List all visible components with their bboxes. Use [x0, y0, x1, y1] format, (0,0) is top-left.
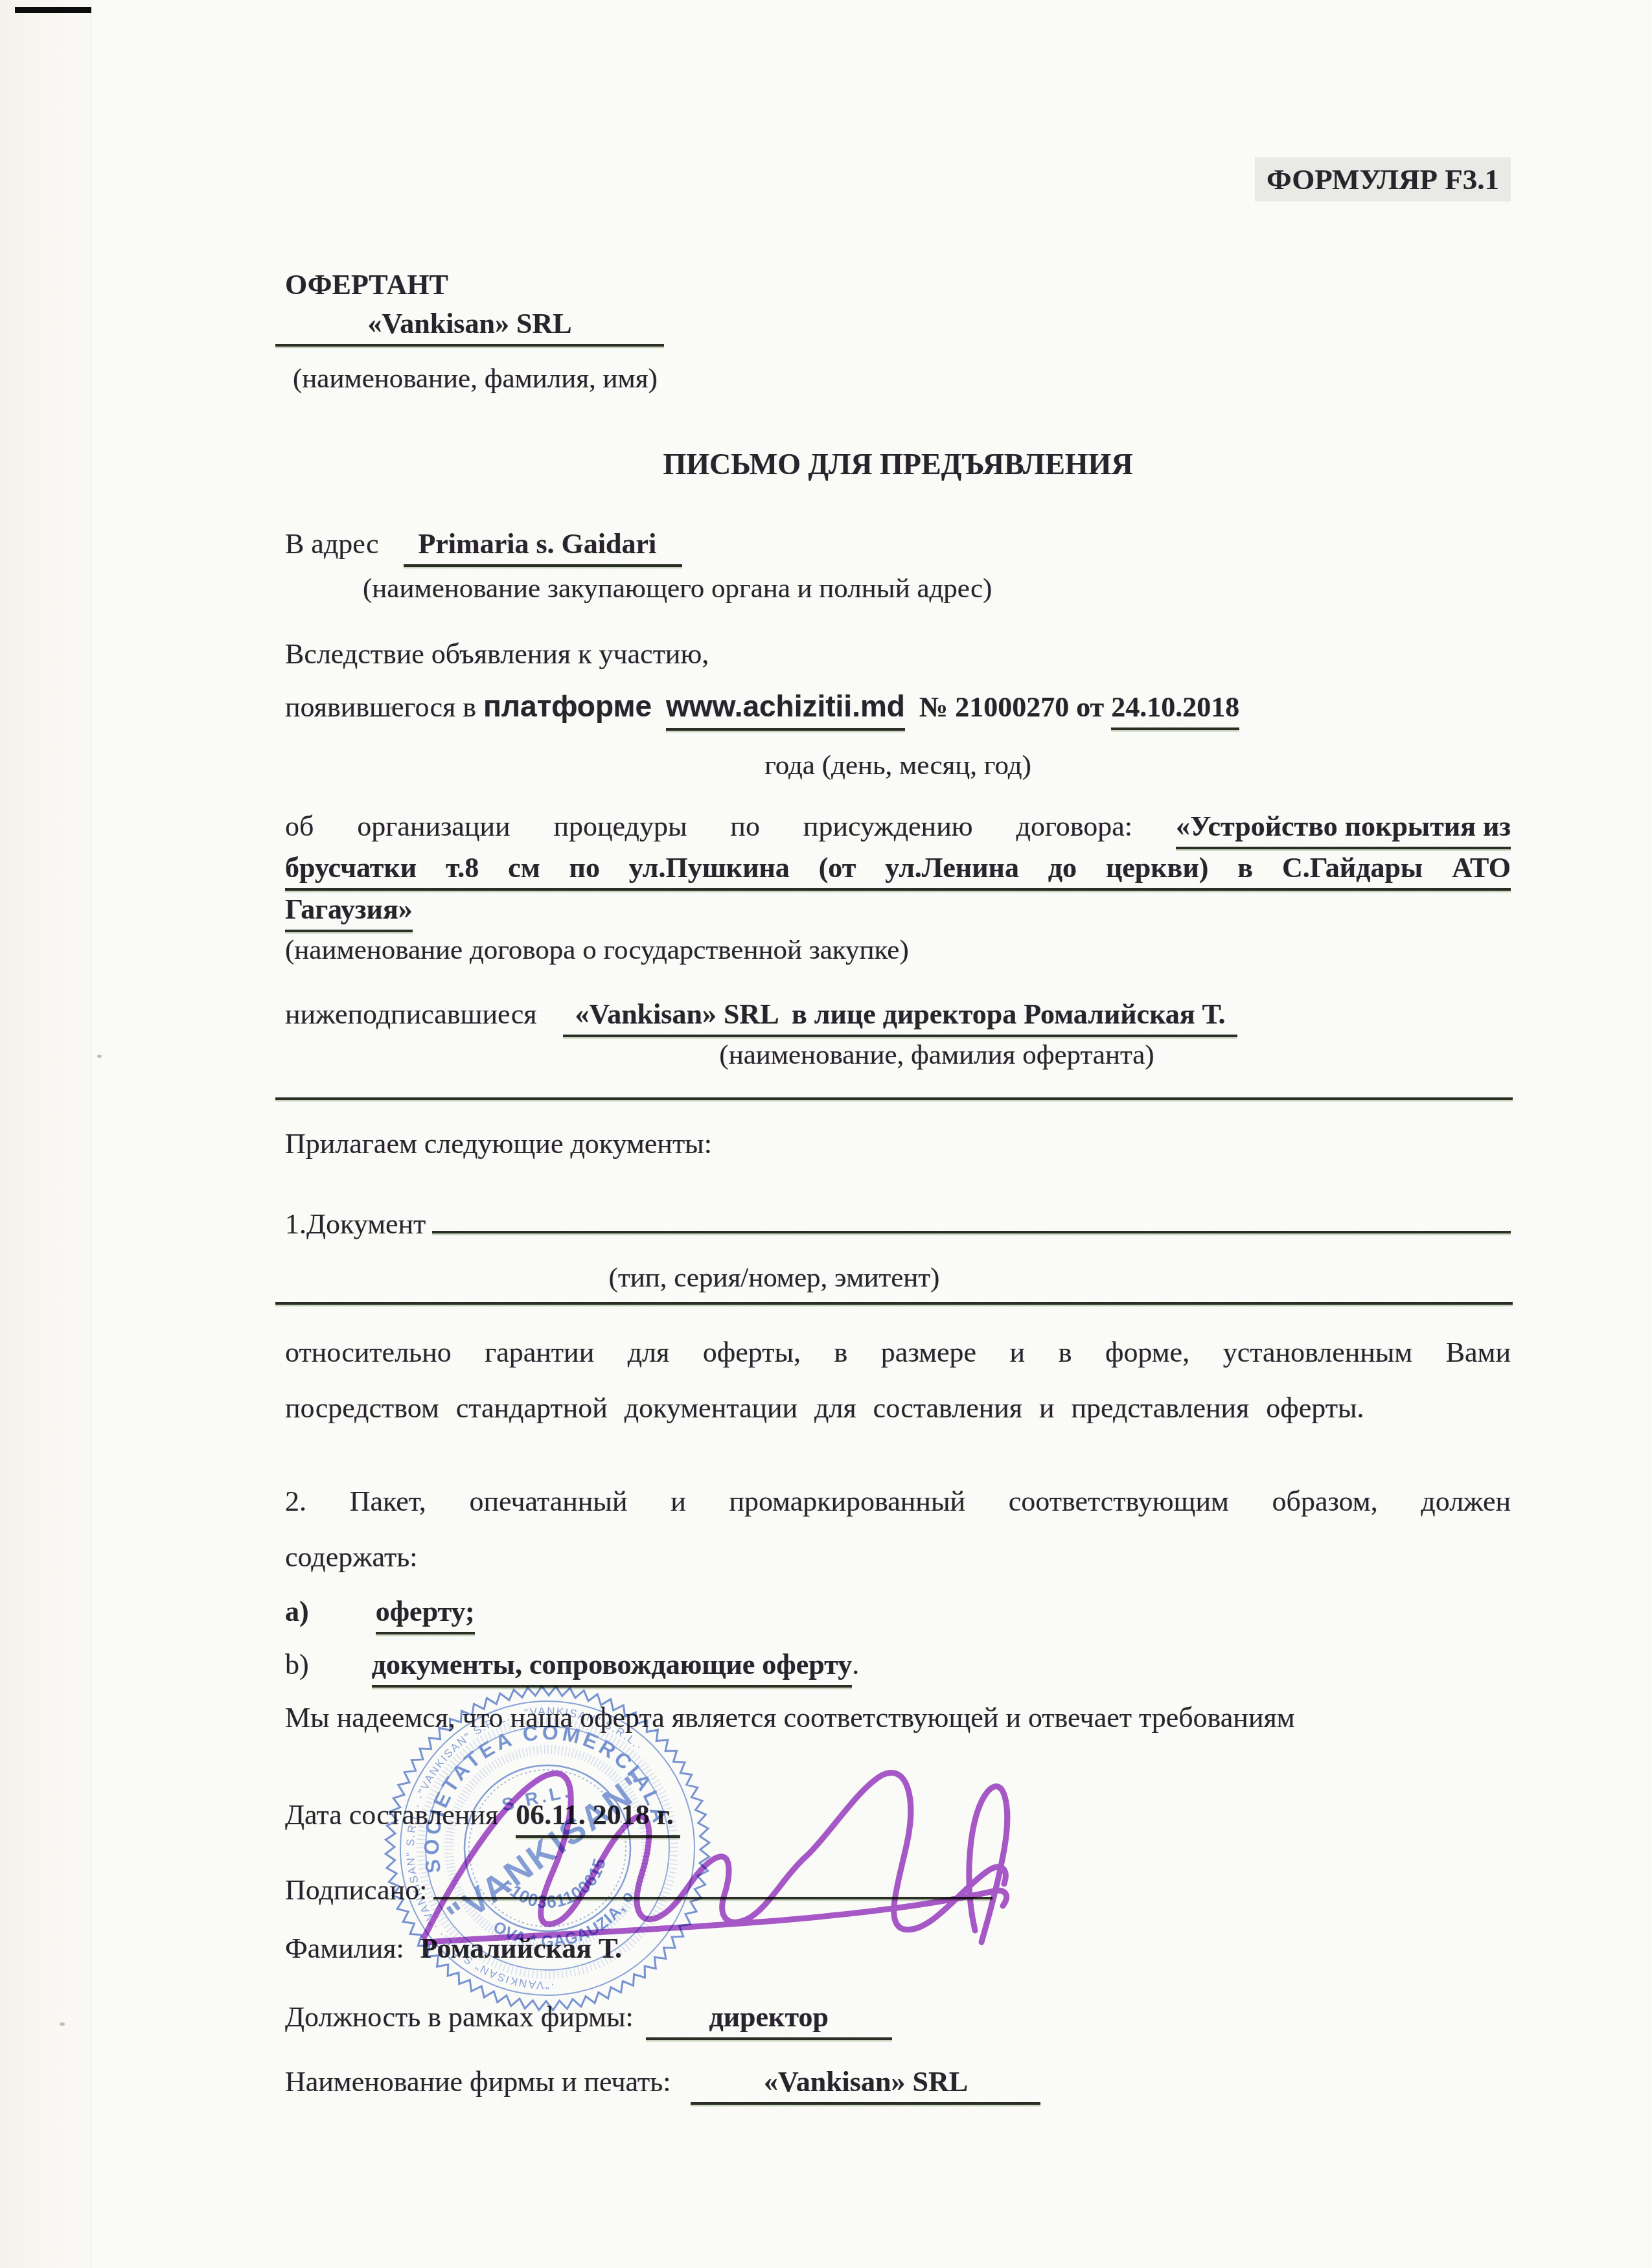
separator-line: [275, 1097, 1513, 1100]
contract-line1: об организации процедуры по присуждению …: [285, 808, 1511, 849]
announce-prefix: появившегося в: [285, 691, 476, 723]
announce-number: № 21000270 от: [919, 691, 1104, 723]
signatories-caption: (наименование, фамилия офертанта): [363, 1038, 1511, 1073]
contract-caption: (наименование договора о государственной…: [285, 933, 909, 968]
documents-intro: Прилагаем следующие документы:: [285, 1126, 712, 1162]
form-code-text: ФОРМУЛЯР F3.1: [1267, 163, 1499, 196]
address-caption: (наименование закупающего органа и полны…: [363, 571, 992, 606]
contract-name-part2: брусчатки т.8 см по ул.Пушкина (от ул.Ле…: [285, 850, 1511, 891]
scan-left-edge: [0, 0, 91, 2268]
announce-date: 24.10.2018: [1111, 689, 1239, 730]
separator-line: [275, 1302, 1513, 1305]
scan-speck: [97, 1055, 102, 1058]
guarantee-line2: посредством стандартной документации для…: [285, 1390, 1511, 1426]
page-title: ПИСЬМО ДЛЯ ПРЕДЪЯВЛЕНИЯ: [285, 446, 1511, 483]
list-item-b-label: b): [285, 1649, 309, 1680]
position-value: директор: [646, 1999, 892, 2040]
contract-line3: Гагаузия»: [285, 891, 413, 932]
contract-name-part1: «Устройство покрытия из: [1176, 808, 1511, 849]
scanned-document-page: { "doc": { "form_code": "ФОРМУЛЯР F3.1",…: [0, 0, 1652, 2268]
document-blank-line: [432, 1196, 1511, 1233]
address-value: Primaria s. Gaidari: [404, 526, 682, 567]
handwritten-signature: [389, 1736, 1043, 1963]
announce-site: www.achizitii.md: [666, 688, 905, 731]
announce-line1: Вследствие объявления к участию,: [285, 636, 709, 672]
package-line1: 2. Пакет, опечатанный и промаркированный…: [285, 1483, 1511, 1519]
document-item-line: 1.Документ: [285, 1196, 1511, 1233]
firm-value: «Vankisan» SRL: [691, 2064, 1040, 2105]
announce-line2: появившегося в платформе www.achizitii.m…: [285, 688, 1239, 731]
document-item-label: 1.Документ: [285, 1206, 426, 1242]
scan-speck: [60, 2022, 65, 2026]
firm-label: Наименование фирмы и печать:: [285, 2066, 671, 2098]
list-item-b-period: .: [852, 1649, 859, 1680]
offerer-name-value: «Vankisan» SRL: [275, 306, 664, 347]
offerer-caption: (наименование, фамилия, имя): [293, 361, 658, 396]
signatories-value: «Vankisan» SRL в лице директора Ромалийс…: [563, 996, 1237, 1037]
contract-line2: брусчатки т.8 см по ул.Пушкина (от ул.Ле…: [285, 850, 1511, 891]
list-item-a-label: a): [285, 1596, 309, 1627]
list-item-a: a) оферту;: [285, 1594, 475, 1634]
signature-strokes: [424, 1772, 1007, 1942]
guarantee-line1: относительно гарантии для оферты, в разм…: [285, 1334, 1511, 1370]
contract-prefix: об организации процедуры по присуждению …: [285, 810, 1132, 842]
document-caption: (тип, серия/номер, эмитент): [285, 1261, 1263, 1296]
offerer-name-field: «Vankisan» SRL: [275, 306, 664, 347]
contract-name-part3: Гагаузия»: [285, 891, 413, 932]
address-line: В адрес Primaria s. Gaidari: [285, 526, 682, 567]
list-item-a-text: оферту;: [376, 1594, 475, 1634]
address-label: В адрес: [285, 528, 378, 560]
offerer-label: ОФЕРТАНТ: [285, 267, 448, 303]
scan-top-artifact: [15, 7, 91, 13]
surname-label: Фамилия:: [285, 1932, 404, 1964]
package-line2: содержать:: [285, 1539, 418, 1575]
signatories-line: нижеподписавшиеся «Vankisan» SRL в лице …: [285, 996, 1237, 1037]
announce-caption: года (день, месяц, год): [285, 748, 1511, 783]
signatories-label: нижеподписавшиеся: [285, 998, 536, 1030]
firm-line: Наименование фирмы и печать: «Vankisan» …: [285, 2064, 1040, 2105]
form-code-badge: ФОРМУЛЯР F3.1: [1255, 157, 1511, 201]
announce-platform-word: платформе: [483, 689, 652, 723]
